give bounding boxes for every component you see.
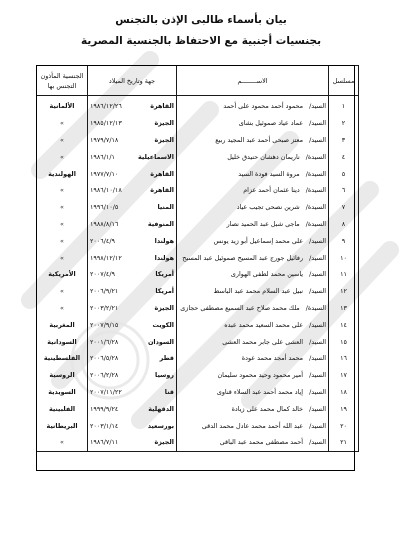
row-birth: المنيا ١٩٩٦/١٠/٥: [88, 199, 177, 216]
row-name: السيد/ على محمد إسماعيل أبو زيد يونس: [177, 232, 329, 249]
row-name: السيد/ العشى على جابر محمد العشى: [177, 333, 329, 350]
row-birth-date: ٢٠٠٧/٩/١٥: [90, 321, 118, 329]
table-row: ٩ السيد/ على محمد إسماعيل أبو زيد يونس ه…: [37, 232, 359, 249]
row-nationality: »: [37, 300, 88, 317]
row-nationality: البريطانية: [37, 417, 88, 434]
row-nationality: »: [37, 216, 88, 233]
row-serial: ٩: [329, 232, 359, 249]
row-name-prefix: السيد/: [309, 270, 326, 278]
row-birth: هولندا ٢٠٠٦/٤/٩: [88, 232, 177, 249]
row-birth-place: القاهرة: [150, 102, 174, 110]
row-nationality-text: المغربية: [49, 321, 74, 329]
row-name: السيدة/ ناريمان دهشان حنيدق خليل: [177, 148, 329, 165]
row-nationality: المغربية: [37, 316, 88, 333]
table-row: ٢ السيد/ عماد عياد صموئيل بشاى الجيزة ١٩…: [37, 115, 359, 132]
row-birth: الكويت ٢٠٠٧/٩/١٥: [88, 316, 177, 333]
row-name-prefix: السيد/: [309, 237, 326, 245]
table-row: ٣ السيد/ معتز صبحى أحمد عبد المجيد ربيع …: [37, 132, 359, 149]
row-name-text: نبيل عبد السلام محمد عبد الباسط: [213, 287, 303, 295]
table-row: ٢٠ السيد/ عبد الله أحمد محمد عادل محمد ا…: [37, 417, 359, 434]
row-name-prefix: السيد/: [309, 321, 326, 329]
row-serial: ٢٠: [329, 417, 359, 434]
row-name-prefix: السيدة/: [306, 153, 326, 161]
table-row: ١١ السيد/ ياسين محمد لطفى الهوارى أمريكا…: [37, 266, 359, 283]
row-name-prefix: السيد/: [309, 422, 326, 430]
row-birth-date: ٢٠٠٦/٢/٢٨: [90, 371, 118, 379]
row-serial: ١٩: [329, 400, 359, 417]
row-name-prefix: السيدة/: [306, 203, 326, 211]
row-birth-place: قطر: [160, 354, 174, 362]
header-birth: جهة وتاريخ الميلاد: [88, 66, 177, 96]
row-nationality: الروسية: [37, 367, 88, 384]
row-nationality: »: [37, 148, 88, 165]
row-birth-date: ٢٠٠٣/٢/٢١: [90, 304, 118, 312]
row-name-prefix: السيد/: [309, 119, 326, 127]
row-birth: القاهرة ١٩٧٧/٧/١٠: [88, 165, 177, 182]
row-birth-place: المنوفية: [148, 220, 174, 228]
header-serial: مسلسل: [329, 66, 359, 96]
row-name: السيد/ أحمد مصطفى محمد عبد الباقى: [177, 434, 329, 451]
row-name-text: مروة السيد فودة السيد: [238, 170, 299, 178]
row-birth: القاهرة ١٩٨٦/١٠/١٨: [88, 182, 177, 199]
row-serial: ٥: [329, 165, 359, 182]
row-birth-date: ٢٠٠٧/١١/٢٢: [90, 388, 122, 396]
row-serial: ٦: [329, 182, 359, 199]
table-row: ١٠ السيد/ رفائيل جورج عبد المسيح صموئيل …: [37, 249, 359, 266]
table-row: ٨ السيدة/ ماجى شبل عبد الحميد نصار المنو…: [37, 216, 359, 233]
row-name-prefix: السيد/: [309, 254, 326, 262]
row-birth: قطر ٢٠٠٦/٥/٢٨: [88, 350, 177, 367]
row-name-text: معتز صبحى أحمد عبد المجيد ربيع: [215, 136, 303, 144]
row-name: السيد/ محمود أحمد محمود على أحمد: [177, 96, 329, 115]
row-name-text: خالد كمال محمد على زيادة: [232, 405, 304, 413]
row-serial: ١٧: [329, 367, 359, 384]
row-birth-place: الكويت: [153, 321, 174, 329]
row-nationality-text: الفلسطينية: [44, 354, 80, 362]
document-subtitle: بجنسيات أجنبية مع الاحتفاظ بالجنسية المص…: [0, 35, 402, 47]
row-birth-place: أمريكا: [155, 287, 174, 295]
row-nationality: »: [37, 283, 88, 300]
row-birth-place: القاهرة: [150, 186, 174, 194]
row-birth: قنا ٢٠٠٧/١١/٢٢: [88, 384, 177, 401]
row-nationality-text: »: [60, 203, 64, 211]
row-birth-date: ٢٠٠٦/٩/٢١: [90, 287, 118, 295]
row-serial: ١٤: [329, 316, 359, 333]
row-name-text: على محمد السعيد محمد عبده: [224, 321, 303, 329]
row-nationality-text: السويدية: [48, 388, 75, 396]
row-nationality-text: البريطانية: [46, 422, 77, 430]
row-birth: الجيزة ١٩٧٩/٧/١٨: [88, 132, 177, 149]
table-row: ١٨ السيد/ إياد محمد أحمد عبد السلاء قناو…: [37, 384, 359, 401]
row-name-prefix: السيدة/: [306, 186, 326, 194]
row-birth-date: ٢٠٠٣/١/١٤: [90, 422, 118, 430]
header-nationality-label: الجنسية المأذون التجنس بها: [41, 72, 84, 90]
row-nationality: الفلسطينية: [37, 350, 88, 367]
row-serial: ١٣: [329, 300, 359, 317]
row-birth-date: ٢٠٠٦/٤/٩: [90, 237, 115, 245]
row-birth: الجيزة ١٩٨٦/٧/١١: [88, 434, 177, 451]
table-body: ١ السيد/ محمود أحمد محمود على أحمد القاه…: [37, 96, 359, 452]
row-birth-place: الجيزة: [154, 136, 174, 144]
row-nationality-text: الألمانية: [50, 102, 75, 110]
row-birth: روسيا ٢٠٠٦/٢/٢٨: [88, 367, 177, 384]
row-name-text: أمير محمود وحيد محمود سليمان: [217, 371, 303, 379]
row-nationality: السودانية: [37, 333, 88, 350]
table-row: ١٩ السيد/ خالد كمال محمد على زيادة الدقه…: [37, 400, 359, 417]
row-name: السيد/ على محمد السعيد محمد عبده: [177, 316, 329, 333]
row-serial: ٣: [329, 132, 359, 149]
row-name-prefix: السيد/: [309, 287, 326, 295]
row-nationality: الفلبينية: [37, 400, 88, 417]
row-birth-place: الجيزة: [154, 119, 174, 127]
row-name: السيدة/ ملك محمد صلاح عبد السميع مصطفى ح…: [177, 300, 329, 317]
row-nationality: الهولندية: [37, 165, 88, 182]
row-nationality: »: [37, 434, 88, 451]
row-birth: الجيزة ٢٠٠٣/٢/٢١: [88, 300, 177, 317]
row-name-text: عبد الله أحمد محمد عادل محمد الدقى: [202, 422, 303, 430]
row-name: السيدة/ دينا عثمان أحمد عزام: [177, 182, 329, 199]
row-birth-place: السودان: [148, 338, 174, 346]
header-nationality: الجنسية المأذون التجنس بها: [37, 66, 88, 96]
table-row: ١٦ السيد/ محمد أمجد محمد عودة قطر ٢٠٠٦/٥…: [37, 350, 359, 367]
row-birth-place: الجيزة: [154, 304, 174, 312]
row-birth-place: الدقهلية: [148, 405, 174, 413]
row-name-text: شرين نصحى تجيب عياد: [237, 203, 300, 211]
row-name: السيد/ عبد الله أحمد محمد عادل محمد الدق…: [177, 417, 329, 434]
row-name-prefix: السيد/: [309, 438, 326, 446]
row-name: السيد/ نبيل عبد السلام محمد عبد الباسط: [177, 283, 329, 300]
row-birth-date: ٢٠٠٦/٥/٢٨: [90, 354, 118, 362]
row-nationality-text: »: [60, 287, 64, 295]
row-name-prefix: السيدة/: [306, 304, 326, 312]
row-nationality-text: السودانية: [47, 338, 76, 346]
row-nationality-text: »: [60, 119, 64, 127]
row-name-prefix: السيد/: [309, 136, 326, 144]
header-name: الاســــــــم: [177, 66, 329, 96]
row-birth: القاهرة ١٩٨٦/١٢/٢٦: [88, 96, 177, 115]
table-row: ٤ السيدة/ ناريمان دهشان حنيدق خليل الاسم…: [37, 148, 359, 165]
row-nationality-text: الروسية: [49, 371, 74, 379]
row-name: السيد/ أمير محمود وحيد محمود سليمان: [177, 367, 329, 384]
table-row: ٥ السيدة/ مروة السيد فودة السيد القاهرة …: [37, 165, 359, 182]
row-birth-place: المنيا: [158, 203, 175, 211]
row-name: السيد/ خالد كمال محمد على زيادة: [177, 400, 329, 417]
row-name: السيدة/ ماجى شبل عبد الحميد نصار: [177, 216, 329, 233]
table-row: ١٤ السيد/ على محمد السعيد محمد عبده الكو…: [37, 316, 359, 333]
row-birth-place: بورسعيد: [148, 422, 174, 430]
row-name-text: عماد عياد صموئيل بشاى: [239, 119, 303, 127]
row-serial: ١: [329, 96, 359, 115]
row-name: السيدة/ شرين نصحى تجيب عياد: [177, 199, 329, 216]
row-nationality: »: [37, 115, 88, 132]
row-birth-place: هولندا: [155, 237, 174, 245]
row-nationality: السويدية: [37, 384, 88, 401]
row-birth: بورسعيد ٢٠٠٣/١/١٤: [88, 417, 177, 434]
row-name-text: دينا عثمان أحمد عزام: [243, 186, 300, 194]
row-nationality-text: »: [60, 220, 64, 228]
table-row: ١٢ السيد/ نبيل عبد السلام محمد عبد الباس…: [37, 283, 359, 300]
row-nationality-text: الفلبينية: [49, 405, 75, 413]
row-name: السيد/ عماد عياد صموئيل بشاى: [177, 115, 329, 132]
row-serial: ٧: [329, 199, 359, 216]
row-nationality: »: [37, 199, 88, 216]
row-name-text: محمود أحمد محمود على أحمد: [223, 102, 303, 110]
row-birth-date: ١٩٨٦/١/١: [90, 153, 115, 161]
row-birth-place: روسيا: [155, 371, 174, 379]
row-name: السيد/ ياسين محمد لطفى الهوارى: [177, 266, 329, 283]
row-serial: ٢١: [329, 434, 359, 451]
row-name-prefix: السيد/: [309, 354, 326, 362]
row-birth-date: ٢٠٠٧/٤/٩: [90, 270, 115, 278]
table-row: ٦ السيدة/ دينا عثمان أحمد عزام القاهرة ١…: [37, 182, 359, 199]
row-nationality-text: »: [60, 254, 64, 262]
row-birth-place: أمريكا: [155, 270, 174, 278]
row-name: السيد/ رفائيل جورج عبد المسيح صموئيل عبد…: [177, 249, 329, 266]
row-birth-place: الجيزة: [154, 438, 174, 446]
row-birth-date: ١٩٧٩/٧/١٨: [90, 136, 118, 144]
row-birth-place: القاهرة: [150, 170, 174, 178]
row-name-prefix: السيد/: [309, 405, 326, 413]
row-name-prefix: السيد/: [309, 371, 326, 379]
applicants-table: مسلسل الاســــــــم جهة وتاريخ الميلاد ا…: [36, 65, 359, 452]
row-serial: ٤: [329, 148, 359, 165]
row-serial: ١١: [329, 266, 359, 283]
row-name: السيدة/ مروة السيد فودة السيد: [177, 165, 329, 182]
row-name: السيد/ معتز صبحى أحمد عبد المجيد ربيع: [177, 132, 329, 149]
row-birth: المنوفية ١٩٨٨/٨/١٦: [88, 216, 177, 233]
row-name-prefix: السيد/: [309, 102, 326, 110]
row-nationality: »: [37, 249, 88, 266]
table-header-row: مسلسل الاســــــــم جهة وتاريخ الميلاد ا…: [37, 66, 359, 96]
row-name-text: ملك محمد صلاح عبد السميع مصطفى حجازى: [180, 304, 300, 312]
row-serial: ٢: [329, 115, 359, 132]
row-birth-place: قنا: [165, 388, 174, 396]
row-name-text: على محمد إسماعيل أبو زيد يونس: [214, 237, 303, 245]
row-nationality-text: »: [60, 136, 64, 144]
row-birth-place: هولندا: [155, 254, 174, 262]
row-birth: أمريكا ٢٠٠٦/٩/٢١: [88, 283, 177, 300]
table-row: ٢١ السيد/ أحمد مصطفى محمد عبد الباقى الج…: [37, 434, 359, 451]
row-serial: ١٥: [329, 333, 359, 350]
row-birth-date: ١٩٩٦/١٠/٥: [90, 203, 118, 211]
row-birth: الاسماعيلية ١٩٨٦/١/١: [88, 148, 177, 165]
row-birth-date: ١٩٨٦/١٢/٢٦: [90, 102, 122, 110]
row-serial: ١٢: [329, 283, 359, 300]
row-name-text: إياد محمد أحمد عبد السلاء قناوى: [217, 388, 303, 396]
row-nationality: الألمانية: [37, 96, 88, 115]
row-birth-date: ٢٠٠١/٦/٢٨: [90, 338, 118, 346]
row-name-text: أحمد مصطفى محمد عبد الباقى: [220, 438, 303, 446]
table-row: ١٧ السيد/ أمير محمود وحيد محمود سليمان ر…: [37, 367, 359, 384]
row-nationality-text: »: [60, 304, 64, 312]
row-birth-date: ١٩٨٦/٧/١١: [90, 438, 118, 446]
table-row: ١٥ السيد/ العشى على جابر محمد العشى السو…: [37, 333, 359, 350]
document-title: بيان بأسماء طالبى الإذن بالتجنس: [0, 14, 402, 26]
row-nationality: »: [37, 232, 88, 249]
row-nationality-text: الهولندية: [48, 170, 76, 178]
row-name: السيد/ إياد محمد أحمد عبد السلاء قناوى: [177, 384, 329, 401]
row-nationality: »: [37, 182, 88, 199]
row-serial: ١٠: [329, 249, 359, 266]
row-birth-date: ١٩٩٨/١٢/١٢: [90, 254, 122, 262]
row-birth-date: ١٩٨٨/٨/١٦: [90, 220, 118, 228]
row-nationality-text: »: [60, 186, 64, 194]
row-name-text: محمد أمجد محمد عودة: [242, 354, 303, 362]
row-name-text: ناريمان دهشان حنيدق خليل: [227, 153, 300, 161]
table-row: ١٣ السيدة/ ملك محمد صلاح عبد السميع مصطف…: [37, 300, 359, 317]
row-name: السيد/ محمد أمجد محمد عودة: [177, 350, 329, 367]
row-name-prefix: السيد/: [309, 388, 326, 396]
row-name-prefix: السيدة/: [306, 220, 326, 228]
row-name-prefix: السيد/: [309, 338, 326, 346]
row-nationality-text: الأمريكية: [48, 270, 75, 278]
row-nationality-text: »: [60, 438, 64, 446]
row-birth: السودان ٢٠٠١/٦/٢٨: [88, 333, 177, 350]
row-nationality: »: [37, 132, 88, 149]
row-nationality-text: »: [60, 237, 64, 245]
row-birth: هولندا ١٩٩٨/١٢/١٢: [88, 249, 177, 266]
row-birth-date: ١٩٧٧/٧/١٠: [90, 170, 118, 178]
row-birth-date: ١٩٨٥/١٢/١٣: [90, 119, 122, 127]
table-row: ٧ السيدة/ شرين نصحى تجيب عياد المنيا ١٩٩…: [37, 199, 359, 216]
row-birth-date: ١٩٩٩/٩/٢٤: [90, 405, 118, 413]
row-serial: ٨: [329, 216, 359, 233]
row-name-text: ماجى شبل عبد الحميد نصار: [227, 220, 300, 228]
row-name-prefix: السيدة/: [306, 170, 326, 178]
row-name-text: العشى على جابر محمد العشى: [222, 338, 303, 346]
row-nationality: الأمريكية: [37, 266, 88, 283]
row-serial: ١٨: [329, 384, 359, 401]
row-serial: ١٦: [329, 350, 359, 367]
row-birth-place: الاسماعيلية: [138, 153, 174, 161]
row-birth: الجيزة ١٩٨٥/١٢/١٣: [88, 115, 177, 132]
row-nationality-text: »: [60, 153, 64, 161]
table-row: ١ السيد/ محمود أحمد محمود على أحمد القاه…: [37, 96, 359, 115]
row-birth: أمريكا ٢٠٠٧/٤/٩: [88, 266, 177, 283]
row-name-text: رفائيل جورج عبد المسيح صموئيل عبد المسيح: [182, 254, 303, 262]
row-birth-date: ١٩٨٦/١٠/١٨: [90, 186, 122, 194]
row-name-text: ياسين محمد لطفى الهوارى: [231, 270, 303, 278]
row-birth: الدقهلية ١٩٩٩/٩/٢٤: [88, 400, 177, 417]
